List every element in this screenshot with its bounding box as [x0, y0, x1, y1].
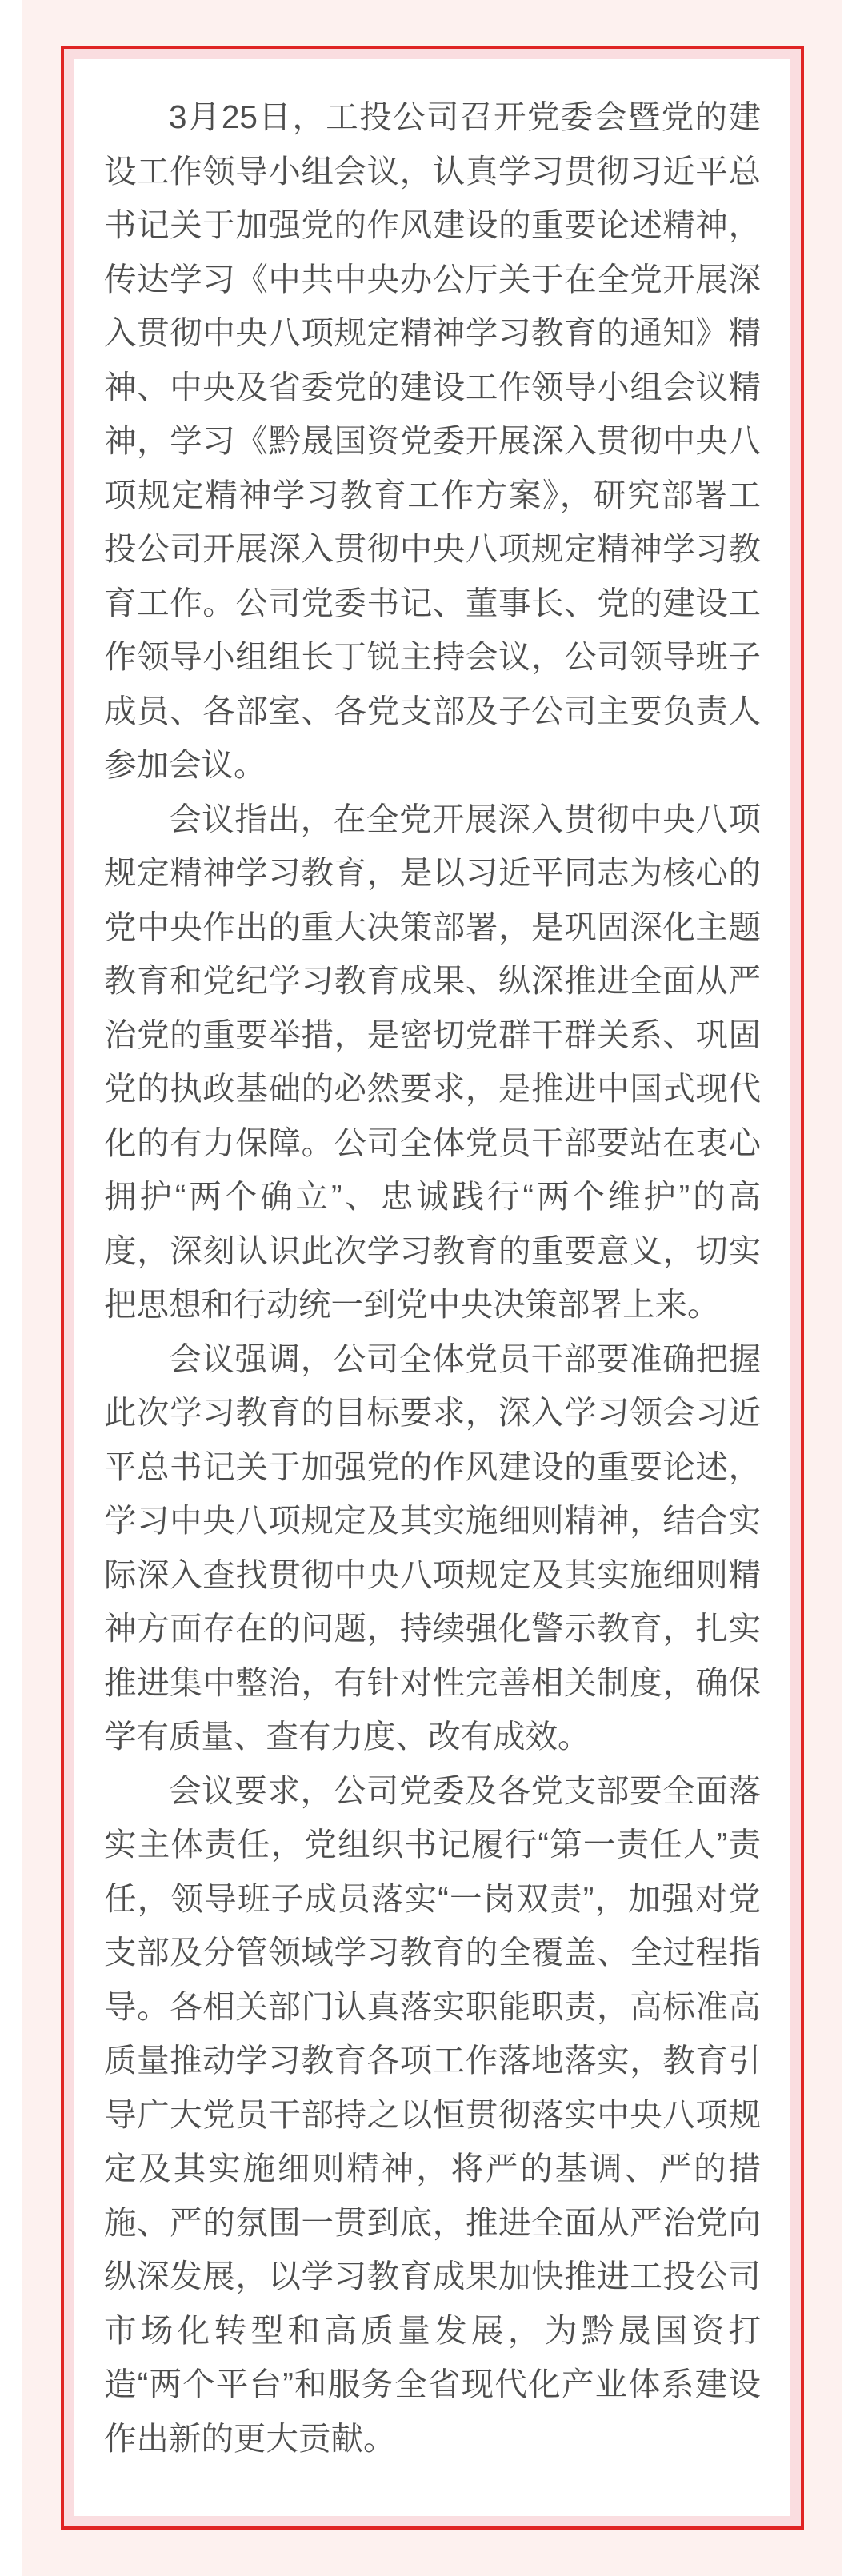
article-paragraph: 3月25日，工投公司召开党委会暨党的建设工作领导小组会议，认真学习贯彻习近平总书… — [104, 90, 761, 793]
article-paragraph: 会议强调，公司全体党员干部要准确把握此次学习教育的目标要求，深入学习领会习近平总… — [104, 1332, 761, 1764]
article-paragraph: 会议指出，在全党开展深入贯彻中央八项规定精神学习教育，是以习近平同志为核心的党中… — [104, 793, 761, 1332]
article-sheet: 3月25日，工投公司召开党委会暨党的建设工作领导小组会议，认真学习贯彻习近平总书… — [74, 59, 790, 2516]
article-page: 3月25日，工投公司召开党委会暨党的建设工作领导小组会议，认真学习贯彻习近平总书… — [0, 0, 864, 2576]
article-paragraph: 会议要求，公司党委及各党支部要全面落实主体责任，党组织书记履行“第一责任人”责任… — [104, 1764, 761, 2466]
red-border-frame: 3月25日，工投公司召开党委会暨党的建设工作领导小组会议，认真学习贯彻习近平总书… — [61, 46, 804, 2530]
